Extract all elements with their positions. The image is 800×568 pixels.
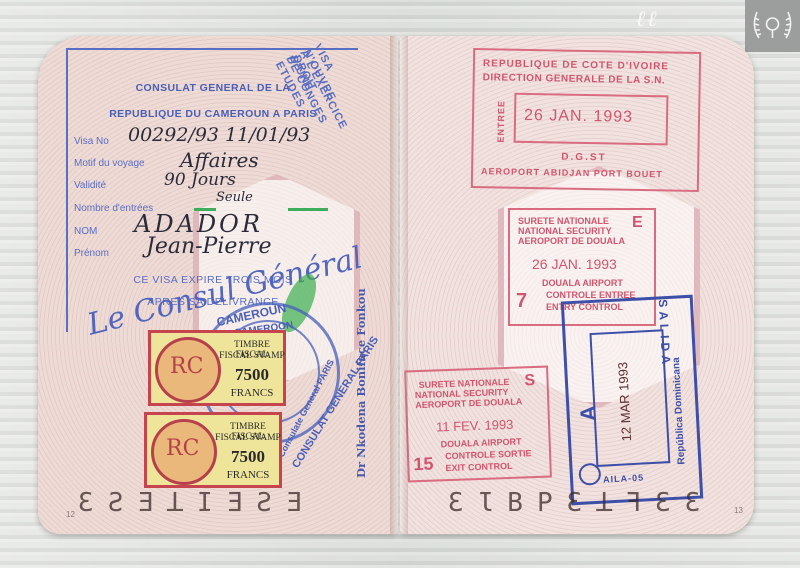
- cote-divoire-entry-stamp: REPUBLIQUE DE COTE D'IVOIRE DIRECTION GE…: [471, 48, 701, 192]
- passport-number-perforation: ƐƧƎꓕIƎƧƎ: [78, 488, 315, 518]
- fiscal-stamp: RC TIMBRE FISCAL FISCAL STAMP 7500 FRANC…: [148, 330, 286, 406]
- stamp-code: S: [524, 372, 535, 390]
- visa-field-value: Jean-Pierre: [146, 234, 271, 259]
- fiscal-stamp-subtitle: FISCAL STAMP: [217, 351, 287, 361]
- green-strike-mark: [288, 208, 328, 211]
- fiscal-stamp: RC TIMBRE FISCAL FISCAL STAMP 7500 FRANC…: [144, 412, 282, 488]
- stamp-date: 11 FEV. 1993: [436, 417, 514, 435]
- page-number: 13: [734, 506, 743, 515]
- stamp-line: REPUBLIQUE DE COTE D'IVOIRE: [483, 58, 669, 72]
- visa-field-label: Validité: [74, 180, 106, 191]
- stamp-country: República Dominicana: [671, 357, 688, 465]
- stamp-line: CONTROLE SORTIE: [445, 448, 532, 461]
- stamp-line: AEROPORT ABIDJAN PORT BOUET: [481, 166, 663, 179]
- stamp-line: DOUALA AIRPORT: [441, 436, 522, 449]
- cameroon-emblem-icon: RC: [155, 337, 221, 403]
- fiscal-stamp-amount: 7500: [217, 365, 287, 385]
- watermark-signature: ℓ ℓ: [636, 6, 657, 32]
- passport-spine: [390, 36, 408, 534]
- visa-field-label: Motif du voyage: [74, 158, 145, 169]
- stamp-code: E: [632, 214, 643, 232]
- stamp-date: 26 JAN. 1993: [524, 107, 633, 127]
- stamp-code: A: [575, 405, 602, 422]
- passport-page-left: CONSULAT GENERAL DE LA REPUBLIQUE DU CAM…: [38, 36, 398, 534]
- stamp-line: NATIONAL SECURITY: [518, 226, 612, 236]
- douala-exit-stamp: SURETE NATIONALE NATIONAL SECURITY AEROP…: [404, 366, 552, 483]
- fiscal-stamp-subtitle: FISCAL STAMP: [213, 433, 283, 443]
- fiscal-stamp-currency: FRANCS: [217, 387, 287, 399]
- stamp-line: AILA-05: [603, 472, 644, 484]
- visa-field-value: Seule: [216, 190, 253, 205]
- stamp-line: AEROPORT DE DOUALA: [518, 236, 625, 246]
- fiscal-stamp-amount: 7500: [213, 447, 283, 467]
- visa-field-value: 90 Jours: [164, 170, 236, 190]
- fiscal-stamp-currency: FRANCS: [213, 469, 283, 481]
- visa-field-label: NOM: [74, 226, 97, 237]
- visa-field-label: Prénom: [74, 248, 109, 259]
- passport-number-perforation: ƐƖBPƐꓕꟻƐƐ: [448, 488, 714, 518]
- signatory-name: Dr Nkodena Boniface Fonkou: [354, 288, 368, 478]
- passport-spread: CONSULAT GENERAL DE LA REPUBLIQUE DU CAM…: [38, 36, 754, 534]
- cameroon-emblem-icon: RC: [151, 419, 217, 485]
- stamp-line: D.G.ST: [561, 152, 607, 164]
- stamp-line: DOUALA AIRPORT: [542, 278, 623, 288]
- passport-page-right: REPUBLIQUE DE COTE D'IVOIRE DIRECTION GE…: [400, 36, 754, 534]
- dominican-exit-stamp: SALIDA A 12 MAR 1993 República Dominican…: [561, 295, 703, 506]
- stamp-number: 15: [413, 454, 434, 476]
- coat-of-arms-icon: [578, 463, 601, 486]
- visa-field-label: Visa No: [74, 136, 109, 147]
- visa-field-value: Affaires: [180, 148, 259, 172]
- stamp-line: EXIT CONTROL: [445, 461, 512, 473]
- stamp-number: 7: [516, 290, 527, 313]
- stamp-side-label: ENTREE: [496, 100, 507, 143]
- page-number: 12: [66, 510, 75, 519]
- stamp-date: 26 JAN. 1993: [532, 256, 617, 272]
- stamp-line: SURETE NATIONALE: [518, 216, 609, 226]
- stamp-line: DIRECTION GENERALE DE LA S.N.: [483, 72, 666, 86]
- visa-field-value: 00292/93 11/01/93: [128, 124, 310, 146]
